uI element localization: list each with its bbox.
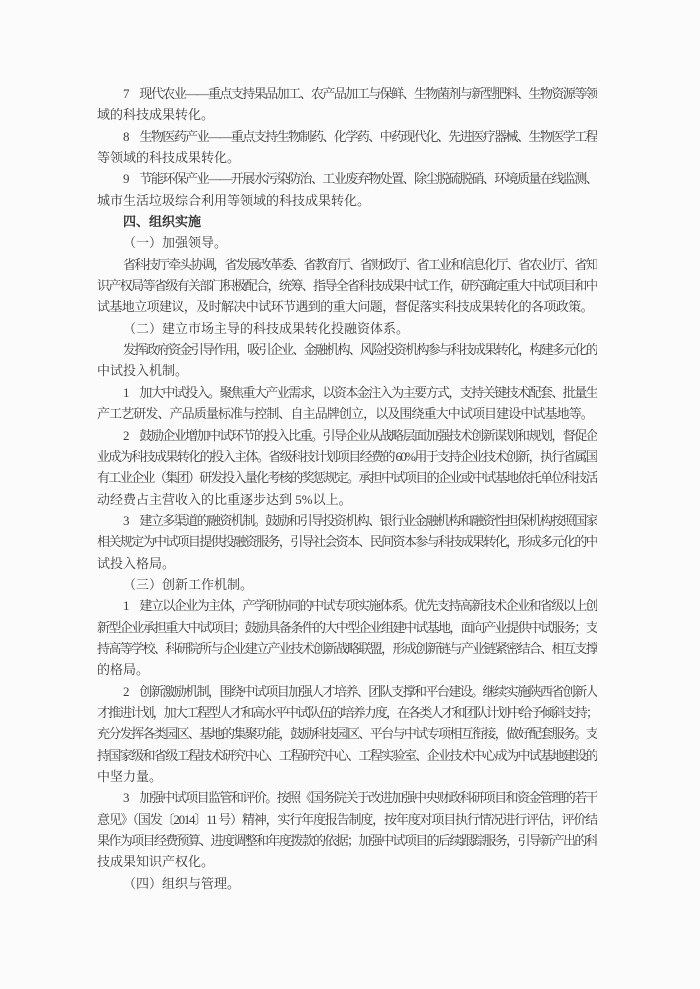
text-line: 的格局。 (97, 659, 597, 680)
text-line: 2 鼓励企业增加中试环节的投入比重。引导企业从战略层面加强技术创新谋划和规划，督… (97, 425, 597, 446)
text-line: 发挥政府资金引导作用，吸引企业、金融机构、风险投资机构参与科技成果转化，构建多元… (97, 339, 597, 360)
paragraph: （二）建立市场主导的科技成果转化投融资体系。 (97, 318, 597, 339)
paragraph: 2 鼓励企业增加中试环节的投入比重。引导企业从战略层面加强技术创新谋划和规划，督… (97, 425, 597, 510)
text-line: 省科技厅牵头协调，省发展改革委、省教育厅、省财政厅、省工业和信息化厅、省农业厅、… (97, 254, 597, 275)
text-line: 意见》（国发〔2014〕11 号）精神，实行年度报告制度，按年度对项目执行情况进… (97, 809, 597, 830)
text-line: 产工艺研发、产品质量标准与控制、自主品牌创立，以及围绕重大中试项目建设中试基地等… (97, 403, 597, 424)
text-line: 识产权局等省级有关部门积极配合，统筹、指导全省科技成果中试工作，研究确定重大中试… (97, 275, 597, 296)
text-line: （三）创新工作机制。 (97, 574, 597, 595)
paragraph: 1 建立以企业为主体，产学研协同的中试专项实施体系。优先支持高新技术企业和省级以… (97, 595, 597, 680)
document-body: 7 现代农业——重点支持果品加工、农产品加工与保鲜、生物菌剂与新型肥料、生物资源… (97, 83, 597, 894)
text-line: 充分发挥各类园区、基地的集聚功能，鼓励科技园区、平台与中试专项相互衔接，做好配套… (97, 723, 597, 744)
text-line: 城市生活垃圾综合利用等领域的科技成果转化。 (97, 190, 597, 211)
page-background: 7 现代农业——重点支持果品加工、农产品加工与保鲜、生物菌剂与新型肥料、生物资源… (0, 0, 700, 989)
text-line: 3 建立多渠道的融资机制。鼓励和引导投资机构、银行业金融机构和融资性担保机构按照… (97, 510, 597, 531)
text-line: （二）建立市场主导的科技成果转化投融资体系。 (97, 318, 597, 339)
paragraph: （一）加强领导。 (97, 232, 597, 253)
paragraph: 8 生物医药产业——重点支持生物制药、化学药、中药现代化、先进医疗器械、生物医学… (97, 126, 597, 169)
text-line: 等领域的科技成果转化。 (97, 147, 597, 168)
paragraph: 3 加强中试项目监管和评价。按照《国务院关于改进加强中央财政科研项目和资金管理的… (97, 787, 597, 872)
paragraph: 7 现代农业——重点支持果品加工、农产品加工与保鲜、生物菌剂与新型肥料、生物资源… (97, 83, 597, 126)
text-line: 域的科技成果转化。 (97, 104, 597, 125)
text-line: 3 加强中试项目监管和评价。按照《国务院关于改进加强中央财政科研项目和资金管理的… (97, 787, 597, 808)
paragraph: 2 创新激励机制，围绕中试项目加强人才培养、团队支撑和平台建设。继续实施陕西省创… (97, 681, 597, 788)
paragraph: 发挥政府资金引导作用，吸引企业、金融机构、风险投资机构参与科技成果转化，构建多元… (97, 339, 597, 382)
text-line: 才推进计划，加大工程型人才和高水平中试队伍的培养力度，在各类人才和团队计划中给予… (97, 702, 597, 723)
paragraph: 省科技厅牵头协调，省发展改革委、省教育厅、省财政厅、省工业和信息化厅、省农业厅、… (97, 254, 597, 318)
text-line: 持高等学校、科研院所与企业建立产业技术创新战略联盟，形成创新链与产业链紧密结合、… (97, 638, 597, 659)
text-line: （四）组织与管理。 (97, 873, 597, 894)
text-line: 动经费占主营收入的比重逐步达到 5%以上。 (97, 489, 597, 510)
text-line: 试基地立项建议，及时解决中试环节遇到的重大问题，督促落实科技成果转化的各项政策。 (97, 296, 597, 317)
text-line: 试投入格局。 (97, 553, 597, 574)
text-line: 中坚力量。 (97, 766, 597, 787)
paragraph: （三）创新工作机制。 (97, 574, 597, 595)
text-line: 2 创新激励机制，围绕中试项目加强人才培养、团队支撑和平台建设。继续实施陕西省创… (97, 681, 597, 702)
paragraph: 1 加大中试投入。聚焦重大产业需求，以资本金注入为主要方式，支持关键技术配套、批… (97, 382, 597, 425)
text-line: 9 节能环保产业——开展水污染防治、工业废弃物处置、除尘脱硫脱硝、环境质量在线监… (97, 168, 597, 189)
text-line: 7 现代农业——重点支持果品加工、农产品加工与保鲜、生物菌剂与新型肥料、生物资源… (97, 83, 597, 104)
section-heading: 四、组织实施 (97, 211, 597, 232)
text-line: 四、组织实施 (97, 211, 597, 232)
text-line: 8 生物医药产业——重点支持生物制药、化学药、中药现代化、先进医疗器械、生物医学… (97, 126, 597, 147)
text-line: （一）加强领导。 (97, 232, 597, 253)
text-line: 新型企业承担重大中试项目；鼓励具备条件的大中型企业组建中试基地，面向产业提供中试… (97, 617, 597, 638)
text-line: 业成为科技成果转化的投入主体。省级科技计划项目经费的 60%用于支持企业技术创新… (97, 446, 597, 467)
text-line: 中试投入机制。 (97, 360, 597, 381)
text-line: 有工业企业（集团）研发投入量化考核的奖惩规定。承担中试项目的企业或中试基地依托单… (97, 467, 597, 488)
paragraph: 9 节能环保产业——开展水污染防治、工业废弃物处置、除尘脱硫脱硝、环境质量在线监… (97, 168, 597, 211)
paragraph: （四）组织与管理。 (97, 873, 597, 894)
text-line: 技成果知识产权化。 (97, 851, 597, 872)
paragraph: 3 建立多渠道的融资机制。鼓励和引导投资机构、银行业金融机构和融资性担保机构按照… (97, 510, 597, 574)
text-line: 持国家级和省级工程技术研究中心、工程研究中心、工程实验室、企业技术中心成为中试基… (97, 745, 597, 766)
text-line: 果作为项目经费预算、进度调整和年度拨款的依据；加强中试项目的后续跟踪服务，引导新… (97, 830, 597, 851)
text-line: 相关规定为中试项目提供投融资服务，引导社会资本、民间资本参与科技成果转化，形成多… (97, 531, 597, 552)
document-page: { "page": { "background_color": "#fbfbfb… (0, 0, 700, 989)
text-line: 1 建立以企业为主体，产学研协同的中试专项实施体系。优先支持高新技术企业和省级以… (97, 595, 597, 616)
text-line: 1 加大中试投入。聚焦重大产业需求，以资本金注入为主要方式，支持关键技术配套、批… (97, 382, 597, 403)
